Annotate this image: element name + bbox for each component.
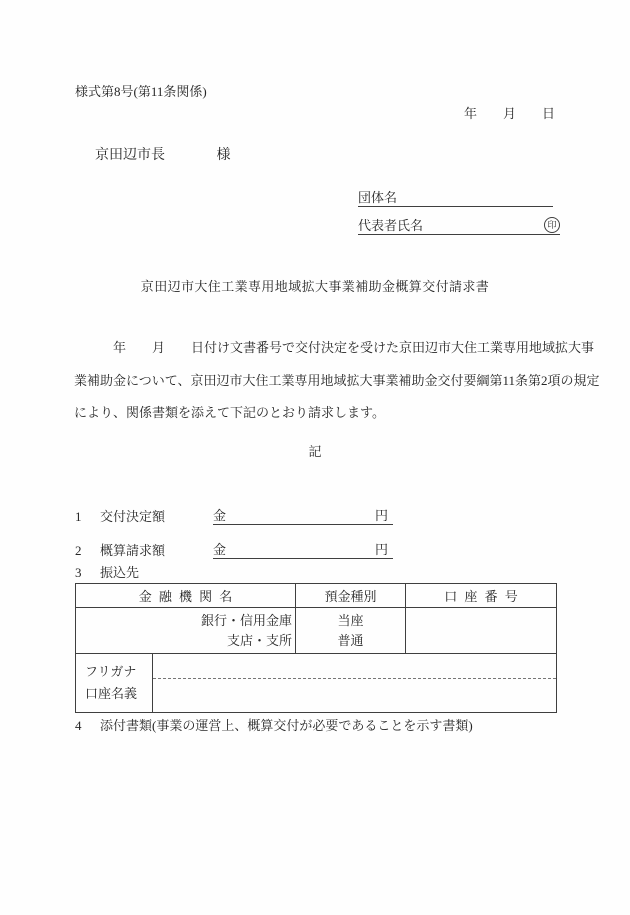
amount-blank-field: 金 円 [213,540,393,559]
body-line-1: 年 月 日付け文書番号で交付決定を受けた京田辺市大住工業専用地域拡大事 [74,332,600,365]
item-transfer-destination: 3 振込先 [75,562,213,581]
organization-name-label: 団体名 [358,187,397,206]
form-number: 様式第8号(第11条関係) [75,81,207,100]
document-title: 京田辺市大住工業専用地域拡大事業補助金概算交付請求書 [0,276,630,295]
table-entry-row: 銀行・信用金庫 支店・支所 当座 普通 [76,608,556,654]
currency-suffix: 円 [375,539,388,558]
header-institution-name: 金融機関名 [76,584,296,607]
representative-name-field: 代表者氏名 印 [358,214,560,235]
item-label: 振込先 [100,562,213,581]
seal-mark-icon: 印 [544,217,560,233]
dashed-divider [153,678,556,679]
item-label: 添付書類(事業の運営上、概算交付が必要であることを示す書類) [100,715,473,734]
bank-transfer-table: 金融機関名 預金種別 口座番号 銀行・信用金庫 支店・支所 当座 普通 フリガナ… [75,583,557,713]
currency-prefix: 金 [213,505,226,524]
item-number: 1 [75,509,100,525]
institution-name-cell: 銀行・信用金庫 支店・支所 [76,608,296,653]
representative-name-label: 代表者氏名 [358,215,423,234]
body-line-3: により、関係書類を添えて下記のとおり請求します。 [74,397,600,430]
header-account-number: 口座番号 [406,584,556,607]
body-line-2: 業補助金について、京田辺市大住工業専用地域拡大事業補助金交付要綱第11条第2項の… [74,365,600,398]
branch-type-text: 支店・支所 [76,631,292,651]
item-label: 交付決定額 [100,506,213,525]
holder-blank-cell [153,654,556,712]
addressee-line: 京田辺市長 様 [95,144,231,164]
body-paragraph: 年 月 日付け文書番号で交付決定を受けた京田辺市大住工業専用地域拡大事 業補助金… [74,332,600,430]
furigana-label: フリガナ [85,661,152,683]
deposit-type-cell: 当座 普通 [296,608,406,653]
table-header-row: 金融機関名 預金種別 口座番号 [76,584,556,608]
holder-label-cell: フリガナ 口座名義 [76,654,153,712]
item-attachments: 4 添付書類(事業の運営上、概算交付が必要であることを示す書類) [75,715,473,734]
amount-blank-field: 金 円 [213,506,393,525]
date-line: 年 月 日 [464,103,555,122]
institution-type-text: 銀行・信用金庫 [76,611,292,631]
currency-prefix: 金 [213,539,226,558]
organization-name-field: 団体名 [358,186,553,207]
addressee-name: 京田辺市長 [95,148,165,163]
item-number: 2 [75,543,100,559]
item-label: 概算請求額 [100,540,213,559]
account-holder-label: 口座名義 [85,683,152,705]
record-heading: 記 [0,441,630,460]
document-page: 様式第8号(第11条関係) 年 月 日 京田辺市長 様 団体名 代表者氏名 印 … [0,0,630,915]
deposit-type-ordinary: 普通 [296,631,405,651]
item-estimated-request-amount: 2 概算請求額 金 円 [75,540,393,559]
currency-suffix: 円 [375,505,388,524]
item-number: 3 [75,565,100,581]
item-number: 4 [75,718,100,734]
item-grant-decided-amount: 1 交付決定額 金 円 [75,506,393,525]
addressee-honorific: 様 [217,148,231,163]
header-deposit-type: 預金種別 [296,584,406,607]
account-number-blank-cell [406,608,556,653]
deposit-type-current: 当座 [296,611,405,631]
table-holder-row: フリガナ 口座名義 [76,654,556,712]
